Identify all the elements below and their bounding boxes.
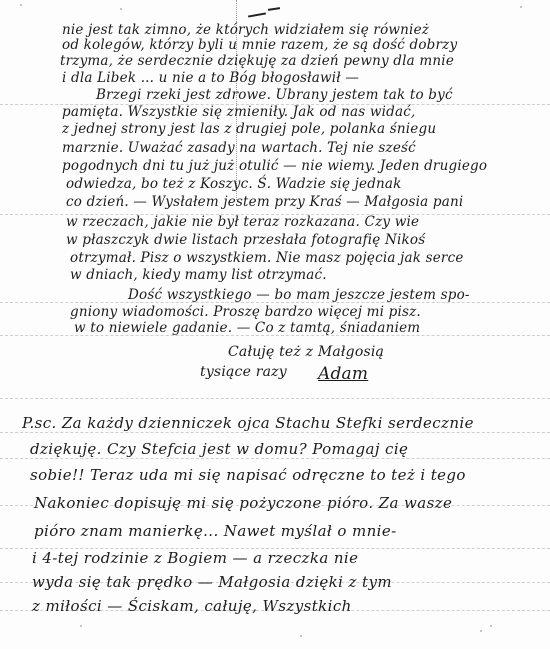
postscript-line: pióro znam manierkę... Nawet myślał o mn… — [34, 522, 397, 540]
body-line: Dość wszystkiego — bo mam jeszcze jestem… — [128, 287, 470, 303]
scan-speck — [300, 635, 302, 637]
ink-mark — [248, 12, 266, 17]
body-line: marznie. Uważać zasady na wartach. Tej n… — [62, 140, 416, 156]
body-line: z jednej strony jest las z drugiej pole,… — [62, 121, 436, 137]
body-line: w to niewiele gadanie. — Co z tamtą, śni… — [74, 320, 420, 336]
postscript-line: sobie!! Teraz uda mi się napisać odręczn… — [30, 466, 466, 484]
scan-speck — [520, 6, 522, 8]
body-line: i dla Libek ... u nie a to Bóg błogosław… — [62, 70, 359, 86]
ruled-line — [0, 398, 550, 399]
body-line: Brzegi rzeki jest zdrowe. Ubrany jestem … — [96, 87, 453, 103]
scan-speck — [490, 625, 492, 627]
postscript-line: wyda się tak prędko — Małgosia dzięki z … — [32, 573, 392, 591]
scan-speck — [20, 4, 22, 6]
postscript-line: z miłości — Ściskam, całuję, Wszystkich — [32, 597, 352, 615]
scan-speck — [120, 8, 122, 10]
body-line: w rzeczach, jakie nie był teraz rozkazan… — [66, 214, 419, 230]
body-line: gniony wiadomości. Proszę bardzo więcej … — [70, 304, 421, 320]
scan-speck — [80, 625, 82, 627]
closing-line: Całuję też z Małgosią — [228, 344, 384, 360]
scan-speck — [480, 630, 482, 632]
body-line: w dniach, kiedy mamy list otrzymać. — [70, 267, 327, 283]
ruled-line — [0, 432, 550, 433]
postscript-line: Nakoniec dopisuję mi się pożyczone pióro… — [34, 494, 452, 512]
body-line: nie jest tak zimno, że których widziałem… — [62, 22, 429, 38]
body-line: otrzymał. Pisz o wszystkiem. Nie masz po… — [70, 250, 464, 266]
body-line: odwiedza, bo też z Koszyc. Ś. Wadzie się… — [66, 176, 402, 192]
body-line: od kolegów, którzy byli u mnie razem, że… — [62, 37, 457, 53]
body-line: pogodnych dni tu już już otulić — nie wi… — [62, 158, 487, 174]
body-line: w płaszczyk dwie listach przesłała fotog… — [66, 232, 425, 248]
signature: Adam — [318, 364, 368, 384]
letter-page: nie jest tak zimno, że których widziałem… — [0, 0, 550, 649]
closing-line: tysiące razy — [200, 364, 287, 380]
body-line: trzyma, że serdecznie dziękuję za dzień … — [60, 53, 454, 69]
postscript-line: P.sc. Za każdy dzienniczek ojca Stachu S… — [22, 414, 474, 432]
ruled-line — [0, 458, 550, 459]
body-line: pamięta. Wszystkie się zmieniły. Jak od … — [62, 104, 415, 120]
ink-mark — [268, 7, 280, 11]
body-line: co dzień. — Wysłałem jestem przy Kraś — … — [66, 194, 463, 210]
postscript-line: dziękuję. Czy Stefcia jest w domu? Pomag… — [30, 440, 408, 458]
postscript-line: i 4-tej rodzinie z Bogiem — a rzeczka ni… — [32, 549, 358, 567]
